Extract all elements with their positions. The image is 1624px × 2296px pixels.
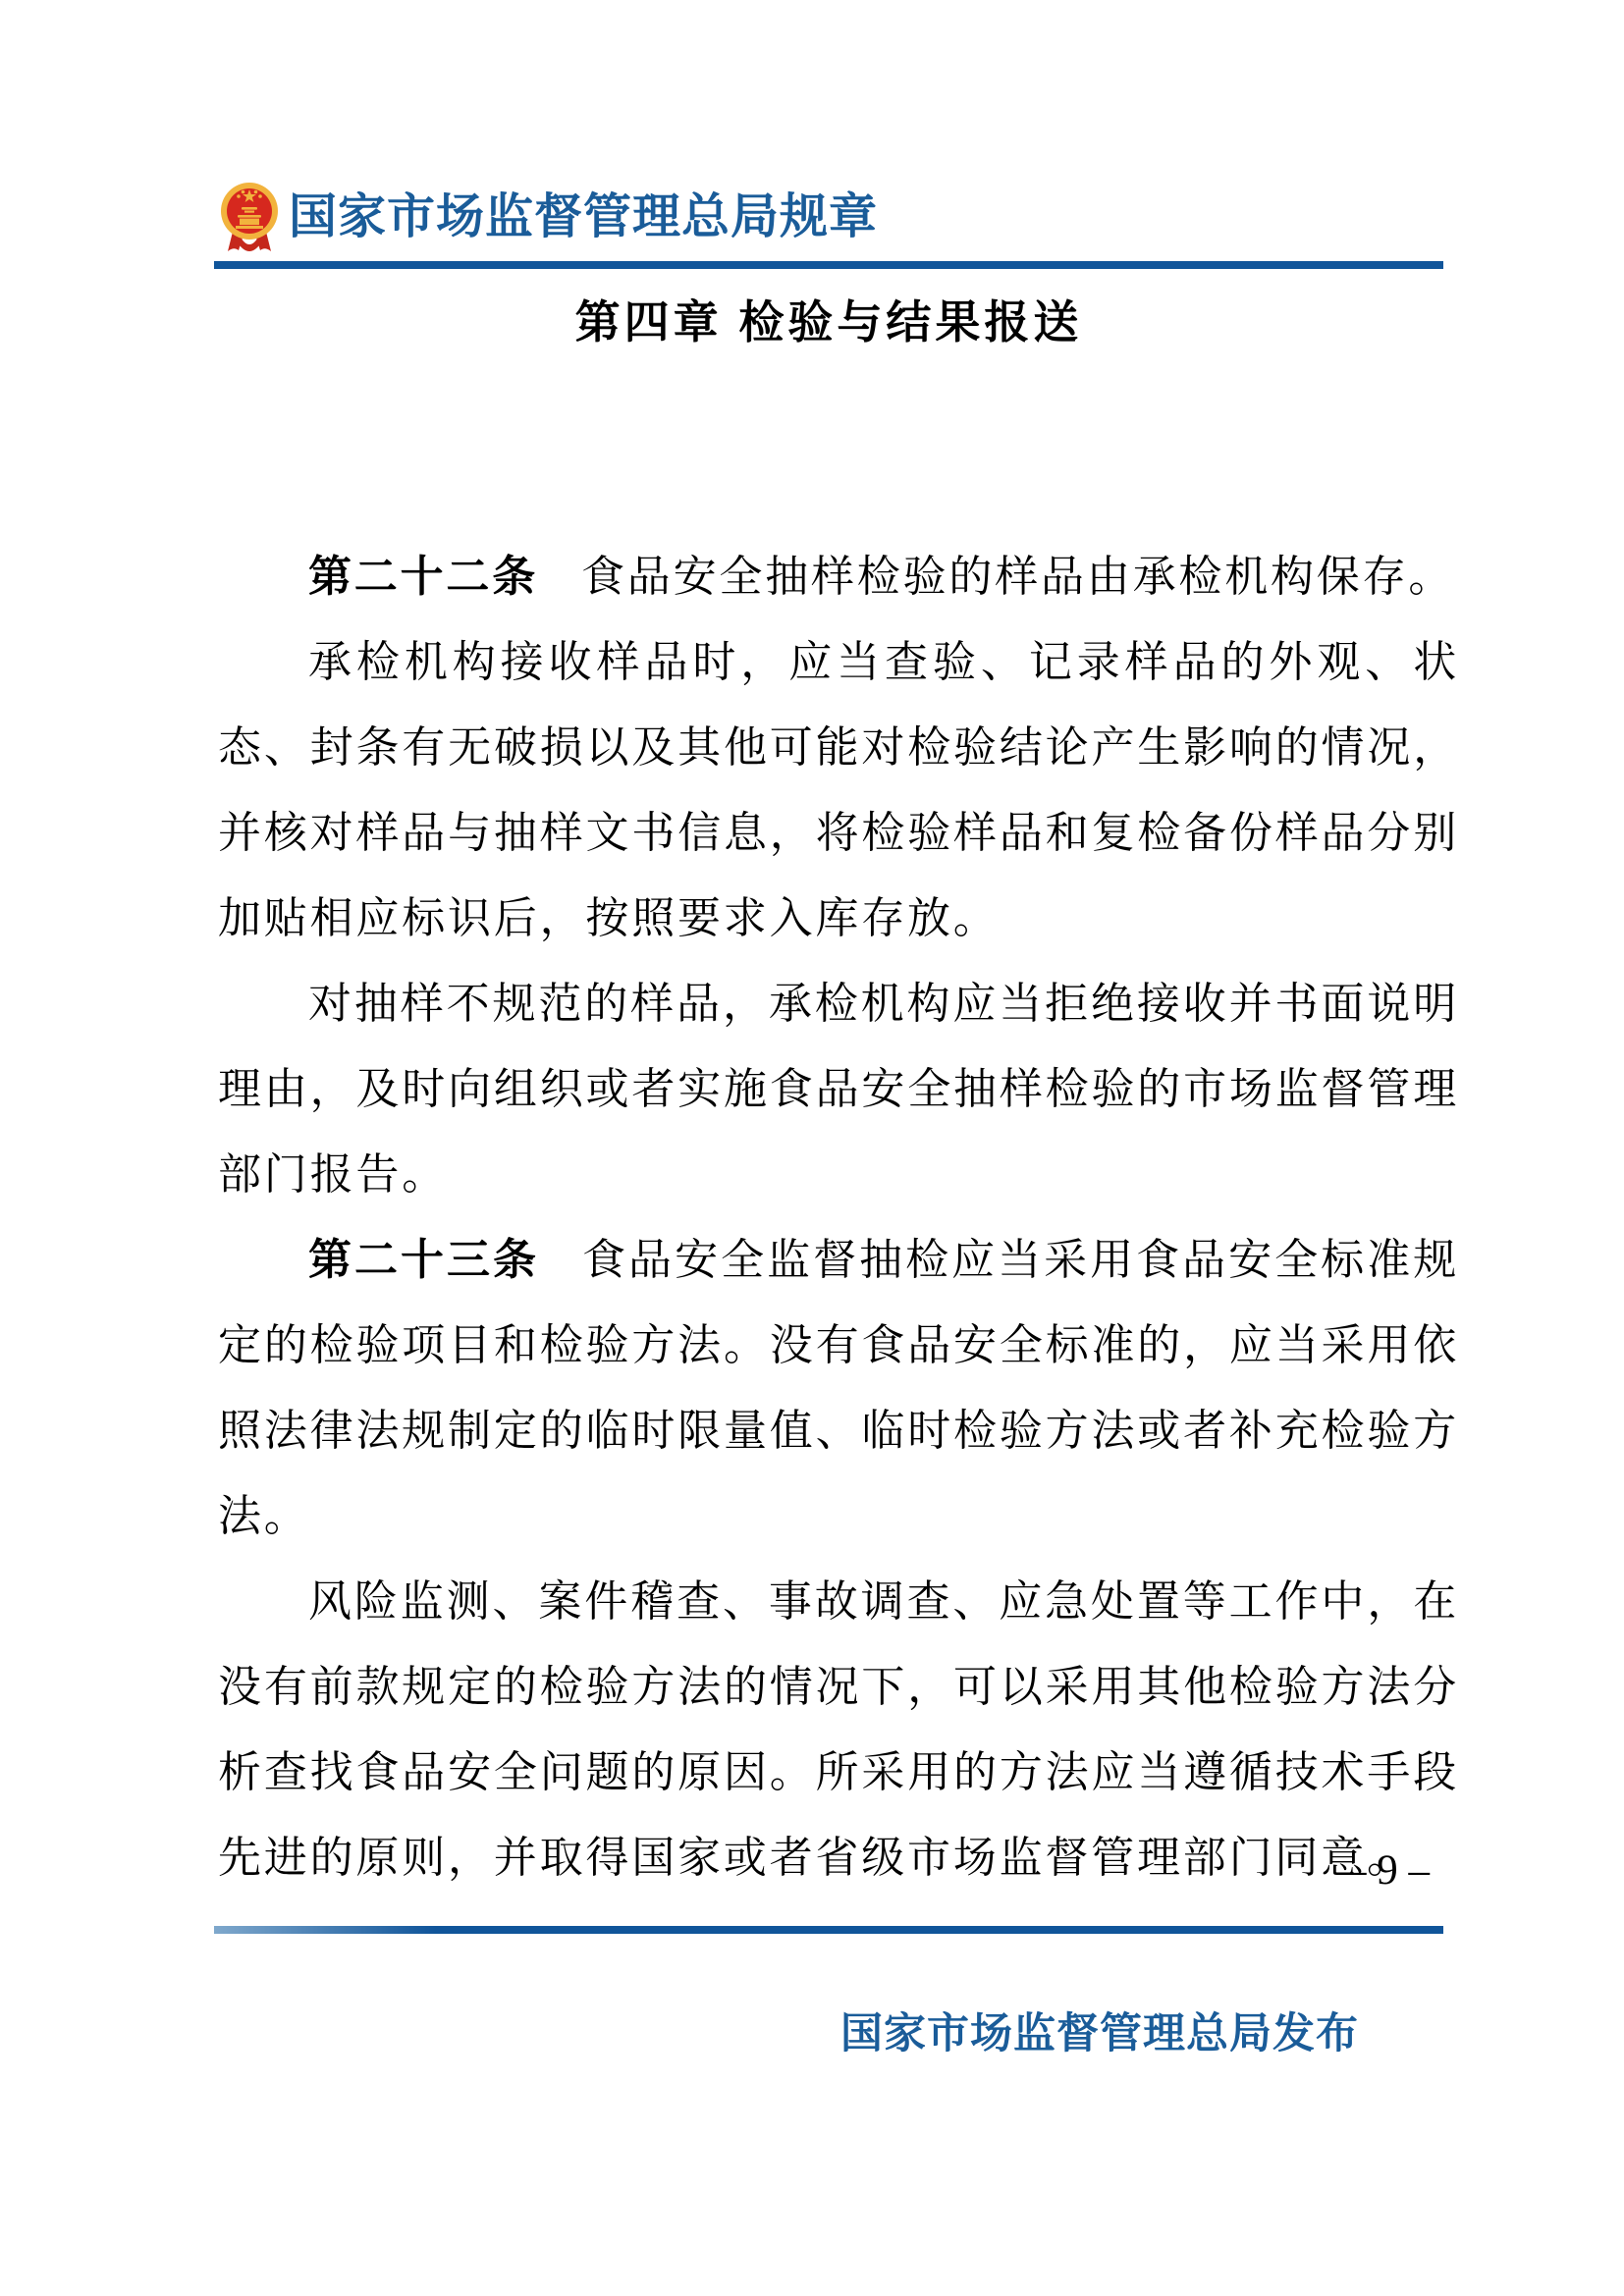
national-emblem-icon bbox=[218, 181, 281, 257]
paragraph-text: 风险监测、案件稽查、事故调查、应急处置等工作中，在没有前款规定的检验方法的情况下… bbox=[218, 1577, 1459, 1882]
header-divider bbox=[214, 261, 1443, 269]
body-paragraph: 承检机构接收样品时，应当查验、记录样品的外观、状态、封条有无破损以及其他可能对检… bbox=[218, 619, 1459, 961]
body-paragraph: 第二十三条食品安全监督抽检应当采用食品安全标准规定的检验项目和检验方法。没有食品… bbox=[218, 1217, 1459, 1559]
document-body: 第二十二条食品安全抽样检验的样品由承检机构保存。 承检机构接收样品时，应当查验、… bbox=[218, 534, 1459, 1900]
page-header: 国家市场监督管理总局规章 bbox=[218, 181, 878, 257]
article-number: 第二十二条 bbox=[308, 553, 538, 601]
page-footer: 国家市场监督管理总局发布 bbox=[214, 2005, 1443, 2064]
page-number: – 9 – bbox=[214, 1842, 1443, 1900]
body-paragraph: 第二十二条食品安全抽样检验的样品由承检机构保存。 bbox=[218, 534, 1459, 619]
paragraph-text: 对抽样不规范的样品，承检机构应当拒绝接收并书面说明理由，及时向组织或者实施食品安… bbox=[218, 980, 1459, 1199]
header-title: 国家市场监督管理总局规章 bbox=[289, 192, 878, 246]
paragraph-text: 食品安全抽样检验的样品由承检机构保存。 bbox=[581, 553, 1454, 601]
footer-publisher: 国家市场监督管理总局发布 bbox=[840, 2011, 1359, 2057]
body-paragraph: 对抽样不规范的样品，承检机构应当拒绝接收并书面说明理由，及时向组织或者实施食品安… bbox=[218, 961, 1459, 1217]
article-number: 第二十三条 bbox=[308, 1236, 539, 1284]
paragraph-text: 承检机构接收样品时，应当查验、记录样品的外观、状态、封条有无破损以及其他可能对检… bbox=[218, 638, 1459, 942]
footer-divider bbox=[214, 1926, 1443, 1934]
document-page: 国家市场监督管理总局规章 第四章 检验与结果报送 第二十二条食品安全抽样检验的样… bbox=[0, 0, 1624, 2296]
chapter-title: 第四章 检验与结果报送 bbox=[214, 294, 1443, 349]
